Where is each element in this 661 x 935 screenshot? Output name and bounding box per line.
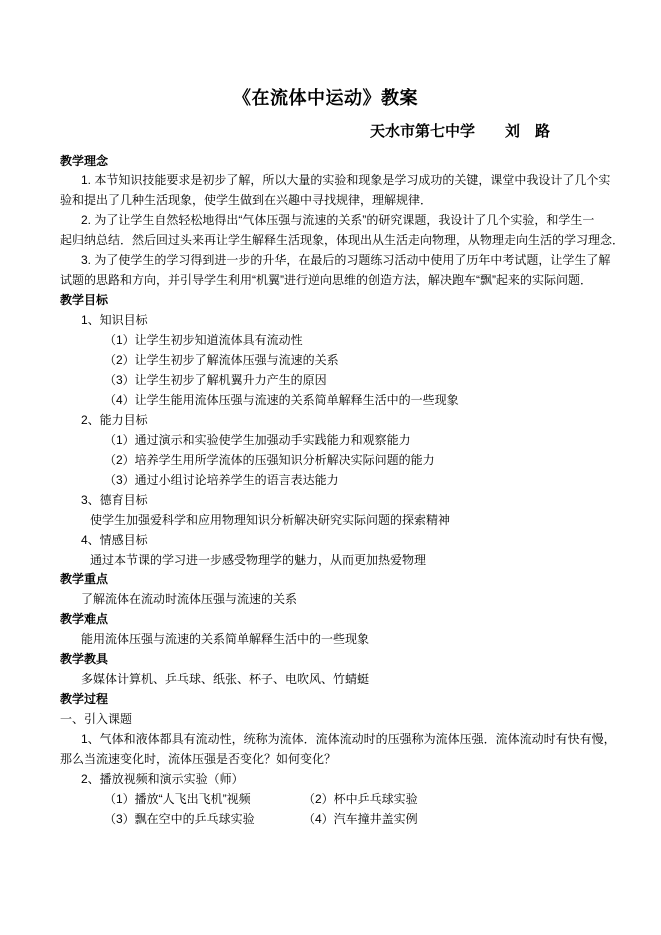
section-heading: 教学过程 xyxy=(60,692,108,706)
body-line: 了解流体在流动时流体压强与流速的关系 xyxy=(81,592,297,606)
body-line: 1. 本节知识技能要求是初步了解，所以大量的实验和现象是学习成功的关键，课堂中我… xyxy=(81,173,610,187)
body-line: 4、情感目标 xyxy=(81,533,148,547)
body-line: 验和提出了几种生活现象，使学生做到在兴趣中寻找规律，理解规律． xyxy=(60,193,432,207)
body-line-col2: （4）汽车撞井盖实例 xyxy=(303,812,418,826)
body-line: （2）让学生初步了解流体压强与流速的关系 xyxy=(104,353,339,367)
body-line: 起归纳总结．然后回过头来再让学生解释生活现象，体现出从生活走向物理，从物理走向生… xyxy=(60,233,624,247)
body-line: 试题的思路和方向，并引导学生利用“机翼”进行逆向思维的创造方法，解决跑车“飘”起… xyxy=(60,273,592,287)
document-title: 《在流体中运动》教案 xyxy=(233,84,418,110)
body-line: （3）让学生初步了解机翼升力产生的原因 xyxy=(104,373,327,387)
body-line: （1）通过演示和实验使学生加强动手实践能力和观察能力 xyxy=(104,433,411,447)
section-heading: 教学难点 xyxy=(60,612,108,626)
section-heading: 教学重点 xyxy=(60,572,108,586)
body-line: 通过本节课的学习进一步感受物理学的魅力，从而更加热爱物理 xyxy=(90,553,426,567)
body-line: 使学生加强爱科学和应用物理知识分析解决研究实际问题的探索精神 xyxy=(90,513,450,527)
body-line: 2、能力目标 xyxy=(81,413,148,427)
body-line: 3. 为了使学生的学习得到进一步的升华，在最后的习题练习活动中使用了历年中考试题… xyxy=(81,253,610,267)
section-heading: 教学目标 xyxy=(60,293,108,307)
body-line: （1）播放“人飞出飞机”视频 xyxy=(104,792,251,806)
body-line: （4）让学生能用流体压强与流速的关系简单解释生活中的一些现象 xyxy=(104,393,459,407)
body-line-col2: （2）杯中乒乓球实验 xyxy=(303,792,418,806)
body-line: 2. 为了让学生自然轻松地得出“气体压强与流速的关系”的研究课题，我设计了几个实… xyxy=(81,213,594,227)
body-line: （3）飘在空中的乒乓球实验 xyxy=(104,812,255,826)
body-line: （1）让学生初步知道流体具有流动性 xyxy=(104,333,303,347)
body-line: 3、德育目标 xyxy=(81,493,148,507)
body-line: 多媒体计算机、乒乓球、纸张、杯子、电吹风、竹蜻蜓 xyxy=(81,672,369,686)
lesson-plan-page: 《在流体中运动》教案 天水市第七中学 刘 路 教学理念1. 本节知识技能要求是初… xyxy=(0,0,661,935)
body-line: 能用流体压强与流速的关系简单解释生活中的一些现象 xyxy=(81,632,369,646)
body-line: 一、引入课题 xyxy=(60,712,132,726)
body-line: 那么当流速变化时，流体压强是否变化？如何变化？ xyxy=(60,752,336,766)
body-line: 2、播放视频和演示实验（师） xyxy=(81,772,244,786)
body-line: （2）培养学生用所学流体的压强知识分析解决实际问题的能力 xyxy=(104,453,435,467)
body-line: 1、知识目标 xyxy=(81,313,148,327)
author-byline: 天水市第七中学 刘 路 xyxy=(370,120,550,141)
section-heading: 教学教具 xyxy=(60,652,108,666)
body-line: 1、气体和液体都具有流动性，统称为流体．流体流动时的压强称为流体压强．流体流动时… xyxy=(81,732,616,746)
section-heading: 教学理念 xyxy=(60,154,108,168)
body-line: （3）通过小组讨论培养学生的语言表达能力 xyxy=(104,473,339,487)
